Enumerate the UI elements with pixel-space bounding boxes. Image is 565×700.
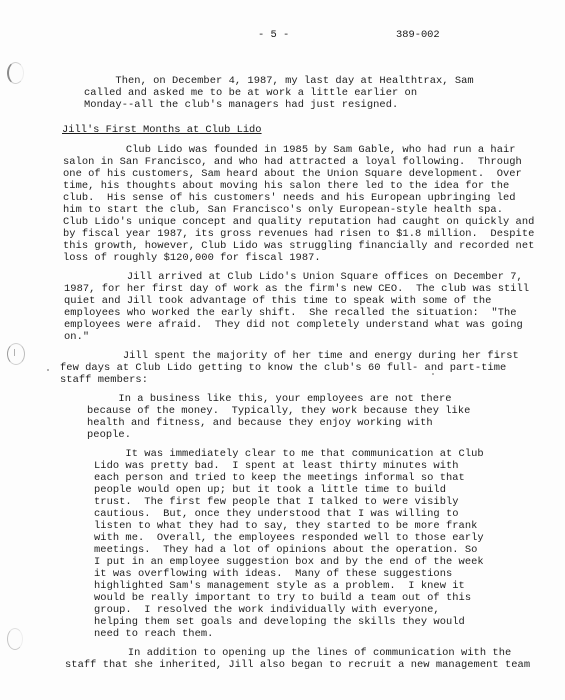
paragraph-line: staff that she inherited, Jill also bega… [65,659,530,671]
page-number: - 5 - [258,29,289,41]
paragraph-line: on." [64,331,89,343]
quote-line: cautious. But, once they understood that… [94,508,459,520]
paragraph-line: club. His sense of his customers' needs … [63,192,516,204]
paragraph-line: salon in San Francisco, and who had attr… [63,156,522,168]
quote-line: people would open up; but it took a litt… [94,484,446,496]
quote-line: listen to what they had to say, they sta… [94,520,477,532]
paragraph-line: In addition to opening up the lines of c… [65,647,511,659]
intro-line: called and asked me to be at work a litt… [84,87,417,99]
paragraph-line: Club Lido was founded in 1985 by Sam Gab… [63,144,516,156]
section-heading: Jill's First Months at Club Lido [62,124,262,136]
quote-line: with me. Overall, the employees responde… [94,532,484,544]
quote-line: I put in an employee suggestion box and … [94,556,484,568]
paragraph-line: one of his customers, Sam heard about th… [63,168,522,180]
quote-line: it was overflowing with ideas. Many of t… [94,568,452,580]
paragraph-line: 1987, for her first day of work as the f… [64,283,529,295]
paragraph-line: Club Lido's unique concept and quality r… [63,216,534,228]
punch-hole-mark [14,349,15,356]
document-page: - 5 - 389-002 Then, on December 4, 1987,… [0,0,565,700]
document-code: 389-002 [396,29,440,41]
quote-line: In a business like this, your employees … [87,393,452,405]
quote-line: health and fitness, and because they enj… [87,417,433,429]
quote-line: people. [87,429,131,441]
quote-line: each person and tried to keep the meetin… [94,472,465,484]
quote-line: meetings. They had a lot of opinions abo… [94,544,477,556]
paragraph-line: employees were afraid. They did not comp… [64,319,523,331]
scan-speck [47,369,49,371]
quote-line: need to reach them. [94,628,213,640]
paragraph-line: few days at Club Lido getting to know th… [60,362,506,374]
paragraph-line: him to start the club, San Francisco's o… [63,204,503,216]
quote-line: would be really important to try to buil… [94,592,471,604]
punch-hole-bottom [7,628,23,650]
quote-line: because of the money. Typically, they wo… [87,405,470,417]
punch-hole-top [7,62,24,84]
intro-line: Monday--all the club's managers had just… [84,99,398,111]
paragraph-line: loss of roughly $120,000 for fiscal 1987… [63,252,321,264]
quote-line: Lido was pretty bad. I spent at least th… [94,460,459,472]
intro-line: Then, on December 4, 1987, my last day a… [84,75,474,87]
paragraph-line: time, his thoughts about moving his salo… [63,180,509,192]
paragraph-line: this growth, however, Club Lido was stru… [63,240,534,252]
punch-hole-middle [7,343,25,365]
paragraph-line: by fiscal year 1987, its gross revenues … [63,228,534,240]
paragraph-line: Jill spent the majority of her time and … [60,350,519,362]
paragraph-line: staff members: [60,374,148,386]
paragraph-line: employees who worked the early shift. Sh… [64,307,517,319]
quote-line: highlighted Sam's management style as a … [94,580,465,592]
paragraph-line: Jill arrived at Club Lido's Union Square… [64,271,523,283]
quote-line: group. I resolved the work individually … [94,604,440,616]
quote-line: It was immediately clear to me that comm… [94,448,484,460]
quote-line: trust. The first few people that I talke… [94,496,459,508]
paragraph-line: quiet and Jill took advantage of this ti… [64,295,491,307]
quote-line: helping them set goals and developing th… [94,616,465,628]
